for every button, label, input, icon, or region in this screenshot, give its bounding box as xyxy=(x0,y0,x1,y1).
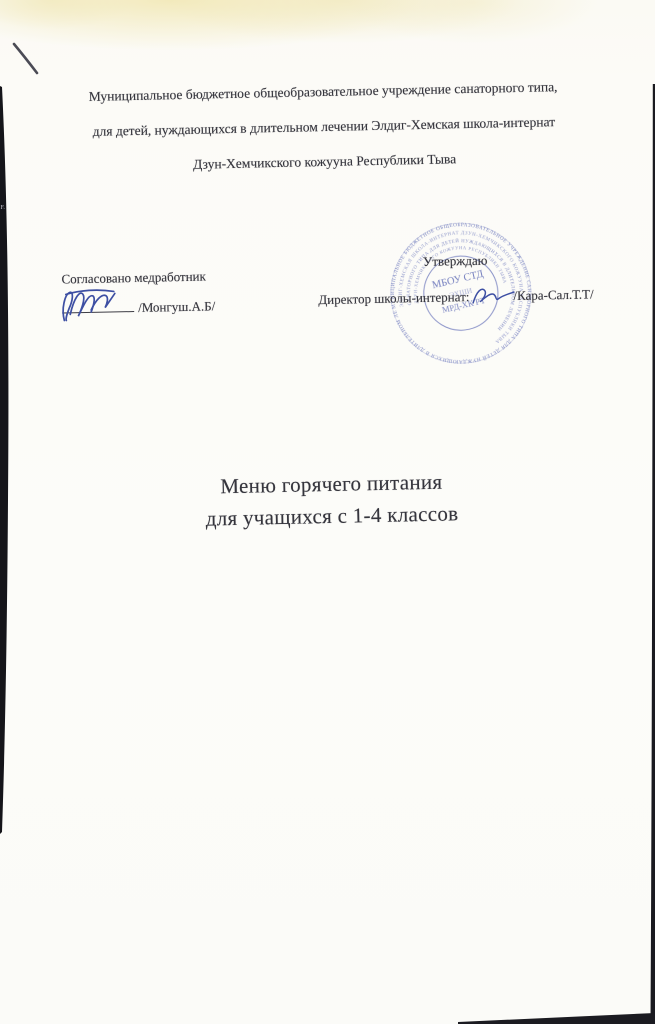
medworker-signature xyxy=(58,279,137,327)
scanned-document-page: F. Муниципальное бюджетное общеобразоват… xyxy=(0,0,655,1024)
medworker-name: /Монгуш.А.Б/ xyxy=(138,298,215,315)
director-signature xyxy=(470,282,517,309)
org-header: Муниципальное бюджетное общеобразователь… xyxy=(15,68,632,186)
director-role: Директор школы-интернат: xyxy=(318,289,469,307)
document-content: Муниципальное бюджетное общеобразователь… xyxy=(0,0,655,1024)
director-line: Директор школы-интернат: /Кара-Сал.Т.Т/ xyxy=(300,280,612,313)
medworker-signature-row: /Монгуш.А.Б/ xyxy=(62,297,215,317)
approval-block: Утверждаю Директор школы-интернат: /Кара… xyxy=(299,250,612,313)
director-name: /Кара-Сал.Т.Т/ xyxy=(513,286,594,303)
agreement-block: Согласовано медработник /Монгуш.А.Б/ xyxy=(61,268,215,317)
approve-label: Утверждаю xyxy=(299,250,611,273)
document-title: Меню горячего питания для учащихся с 1-4… xyxy=(4,461,655,539)
